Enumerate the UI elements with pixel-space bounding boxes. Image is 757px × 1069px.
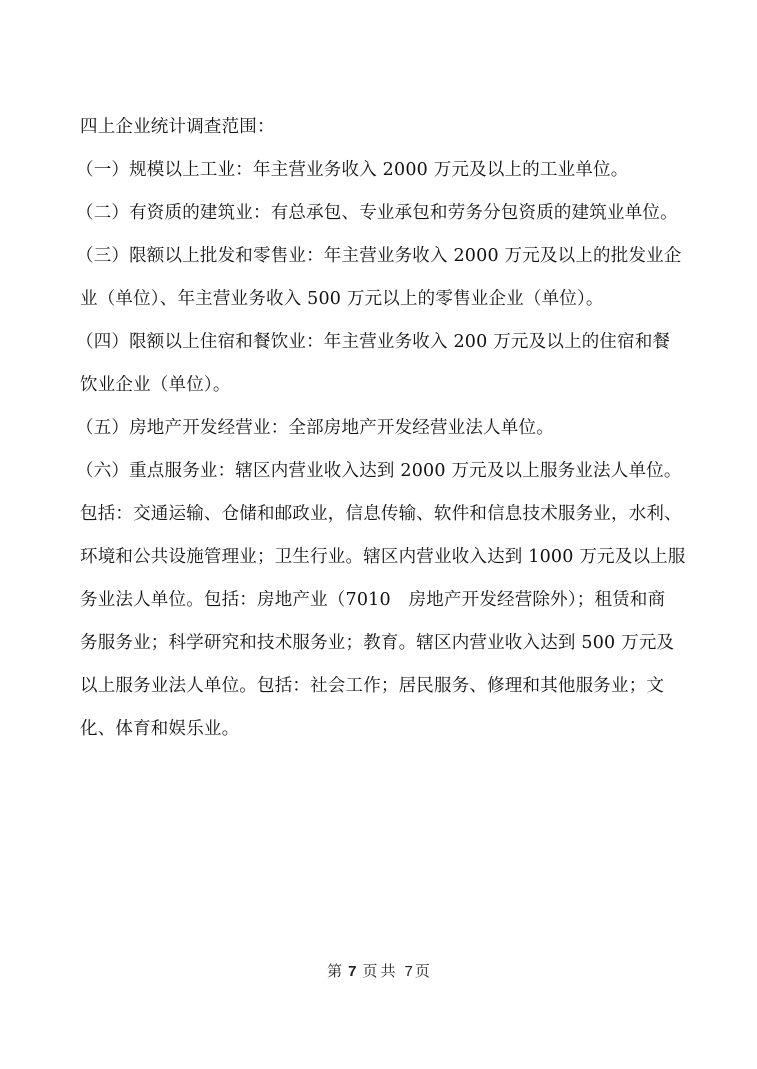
total-pages-number: 7 xyxy=(405,963,413,980)
footer-page-word: 页 xyxy=(362,962,377,980)
item-6-key-services-cont-2: 环境和公共设施管理业；卫生行业。辖区内营业收入达到 1000 万元及以上服 xyxy=(80,536,682,579)
item-6-key-services-cont-3: 务业法人单位。包括：房地产业（7010 房地产开发经营除外）；租赁和商 xyxy=(80,579,682,622)
item-6-key-services-cont-5: 以上服务业法人单位。包括：社会工作；居民服务、修理和其他服务业；文 xyxy=(80,665,682,708)
page-footer: 第7页共7页 xyxy=(0,960,757,981)
item-5-real-estate: （五）房地产开发经营业：全部房地产开发经营业法人单位。 xyxy=(76,407,682,450)
footer-total-word: 共 xyxy=(381,962,396,980)
item-2-construction: （二）有资质的建筑业：有总承包、专业承包和劳务分包资质的建筑业单位。 xyxy=(76,192,682,235)
item-4-accommodation-catering-cont: 饮业企业（单位）。 xyxy=(80,364,682,407)
footer-suffix: 页 xyxy=(415,962,430,980)
item-6-key-services: （六）重点服务业：辖区内营业收入达到 2000 万元及以上服务业法人单位。 xyxy=(76,450,682,493)
item-3-wholesale-retail: （三）限额以上批发和零售业：年主营业务收入 2000 万元及以上的批发业企 xyxy=(76,235,682,278)
section-heading: 四上企业统计调查范围： xyxy=(80,106,682,149)
item-6-key-services-cont-4: 务服务业；科学研究和技术服务业；教育。辖区内营业收入达到 500 万元及 xyxy=(80,622,682,665)
item-6-key-services-cont-6: 化、体育和娱乐业。 xyxy=(80,708,682,751)
document-body: 四上企业统计调查范围： （一）规模以上工业：年主营业务收入 2000 万元及以上… xyxy=(80,106,682,751)
item-3-wholesale-retail-cont: 业（单位）、年主营业务收入 500 万元以上的零售业企业（单位）。 xyxy=(80,278,682,321)
item-6-key-services-cont-1: 包括：交通运输、仓储和邮政业，信息传输、软件和信息技术服务业，水利、 xyxy=(80,493,682,536)
footer-prefix: 第 xyxy=(327,962,342,980)
item-1-industry: （一）规模以上工业：年主营业务收入 2000 万元及以上的工业单位。 xyxy=(76,149,682,192)
current-page-number: 7 xyxy=(348,963,356,980)
item-4-accommodation-catering: （四）限额以上住宿和餐饮业：年主营业务收入 200 万元及以上的住宿和餐 xyxy=(76,321,682,364)
document-page: 四上企业统计调查范围： （一）规模以上工业：年主营业务收入 2000 万元及以上… xyxy=(0,0,757,1069)
